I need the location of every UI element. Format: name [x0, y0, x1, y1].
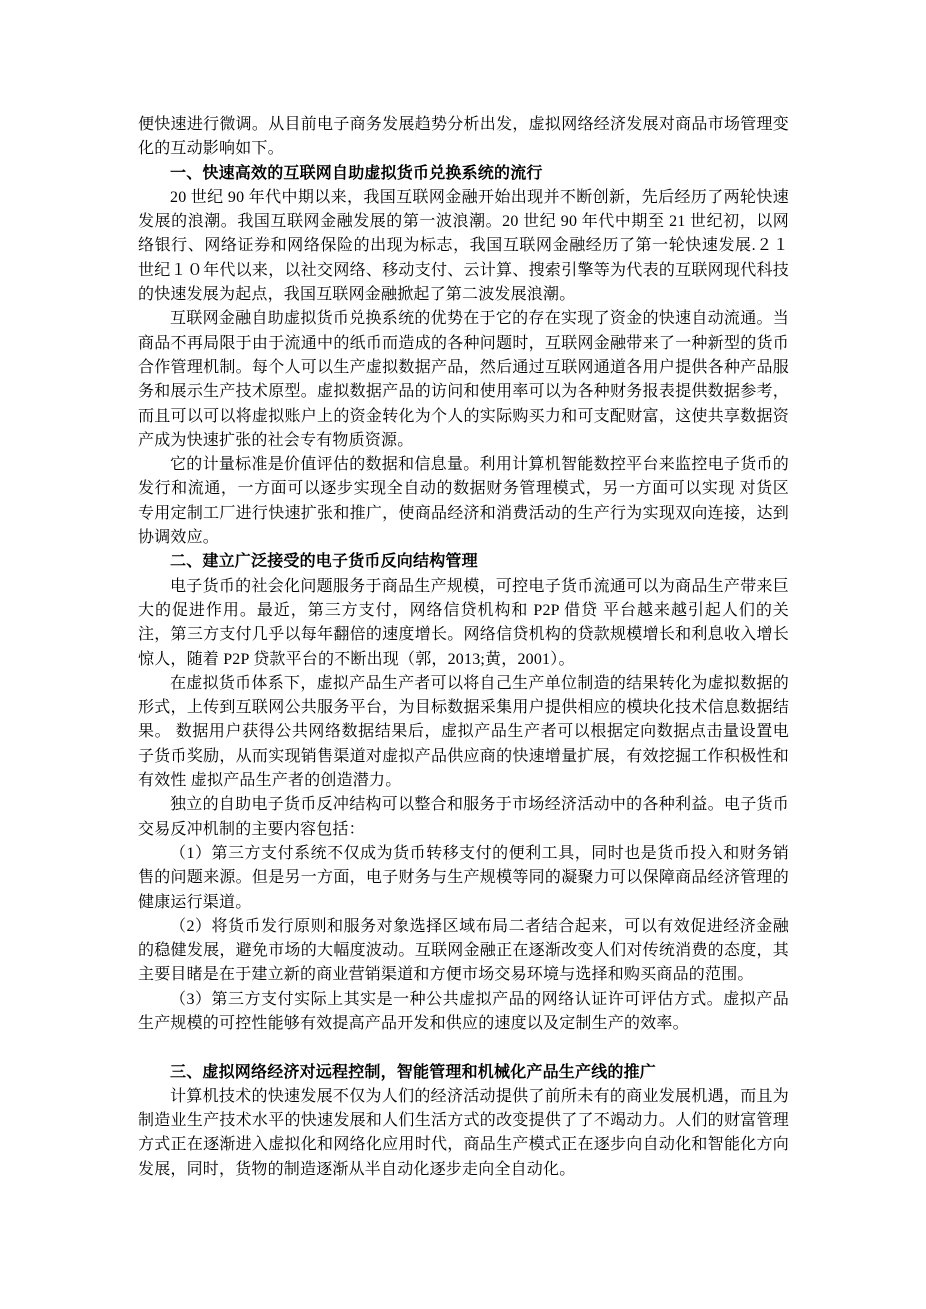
paragraph: 便快速进行微调。从目前电子商务发展趋势分析出发，虚拟网络经济发展对商品市场管理变…: [138, 113, 789, 162]
section-heading: 一、快速高效的互联网自助虚拟货币兑换系统的流行: [138, 162, 789, 186]
paragraph: 计算机技术的快速发展不仅为人们的经济活动提供了前所未有的商业发展机遇，而且为制造…: [138, 1085, 789, 1182]
section-heading: 二、建立广泛接受的电子货币反向结构管理: [138, 550, 789, 574]
paragraph: 电子货币的社会化问题服务于商品生产规模，可控电子货币流通可以为商品生产带来巨大的…: [138, 575, 789, 672]
paragraph: 独立的自助电子货币反冲结构可以整合和服务于市场经济活动中的各种利益。电子货币交易…: [138, 793, 789, 842]
document-body: 便快速进行微调。从目前电子商务发展趋势分析出发，虚拟网络经济发展对商品市场管理变…: [138, 113, 789, 1182]
paragraph: 在虚拟货币体系下，虚拟产品生产者可以将自己生产单位制造的结果转化为虚拟数据的形式…: [138, 672, 789, 793]
paragraph: 互联网金融自助虚拟货币兑换系统的优势在于它的存在实现了资金的快速自动流通。当商品…: [138, 307, 789, 453]
section-heading: 三、虚拟网络经济对远程控制，智能管理和机械化产品生产线的推广: [138, 1061, 789, 1085]
paragraph: （3）第三方支付实际上其实是一种公共虚拟产品的网络认证许可评估方式。虚拟产品生产…: [138, 988, 789, 1037]
document-page: 便快速进行微调。从目前电子商务发展趋势分析出发，虚拟网络经济发展对商品市场管理变…: [0, 0, 926, 1309]
paragraph: 20 世纪 90 年代中期以来，我国互联网金融开始出现并不断创新，先后经历了两轮…: [138, 186, 789, 307]
paragraph: 它的计量标准是价值评估的数据和信息量。利用计算机智能数控平台来监控电子货币的发行…: [138, 453, 789, 550]
paragraph: （2）将货币发行原则和服务对象选择区域布局二者结合起来，可以有效促进经济金融的稳…: [138, 915, 789, 988]
blank-line: [138, 1036, 789, 1060]
paragraph: （1）第三方支付系统不仅成为货币转移支付的便利工具，同时也是货币投入和财务销售的…: [138, 842, 789, 915]
